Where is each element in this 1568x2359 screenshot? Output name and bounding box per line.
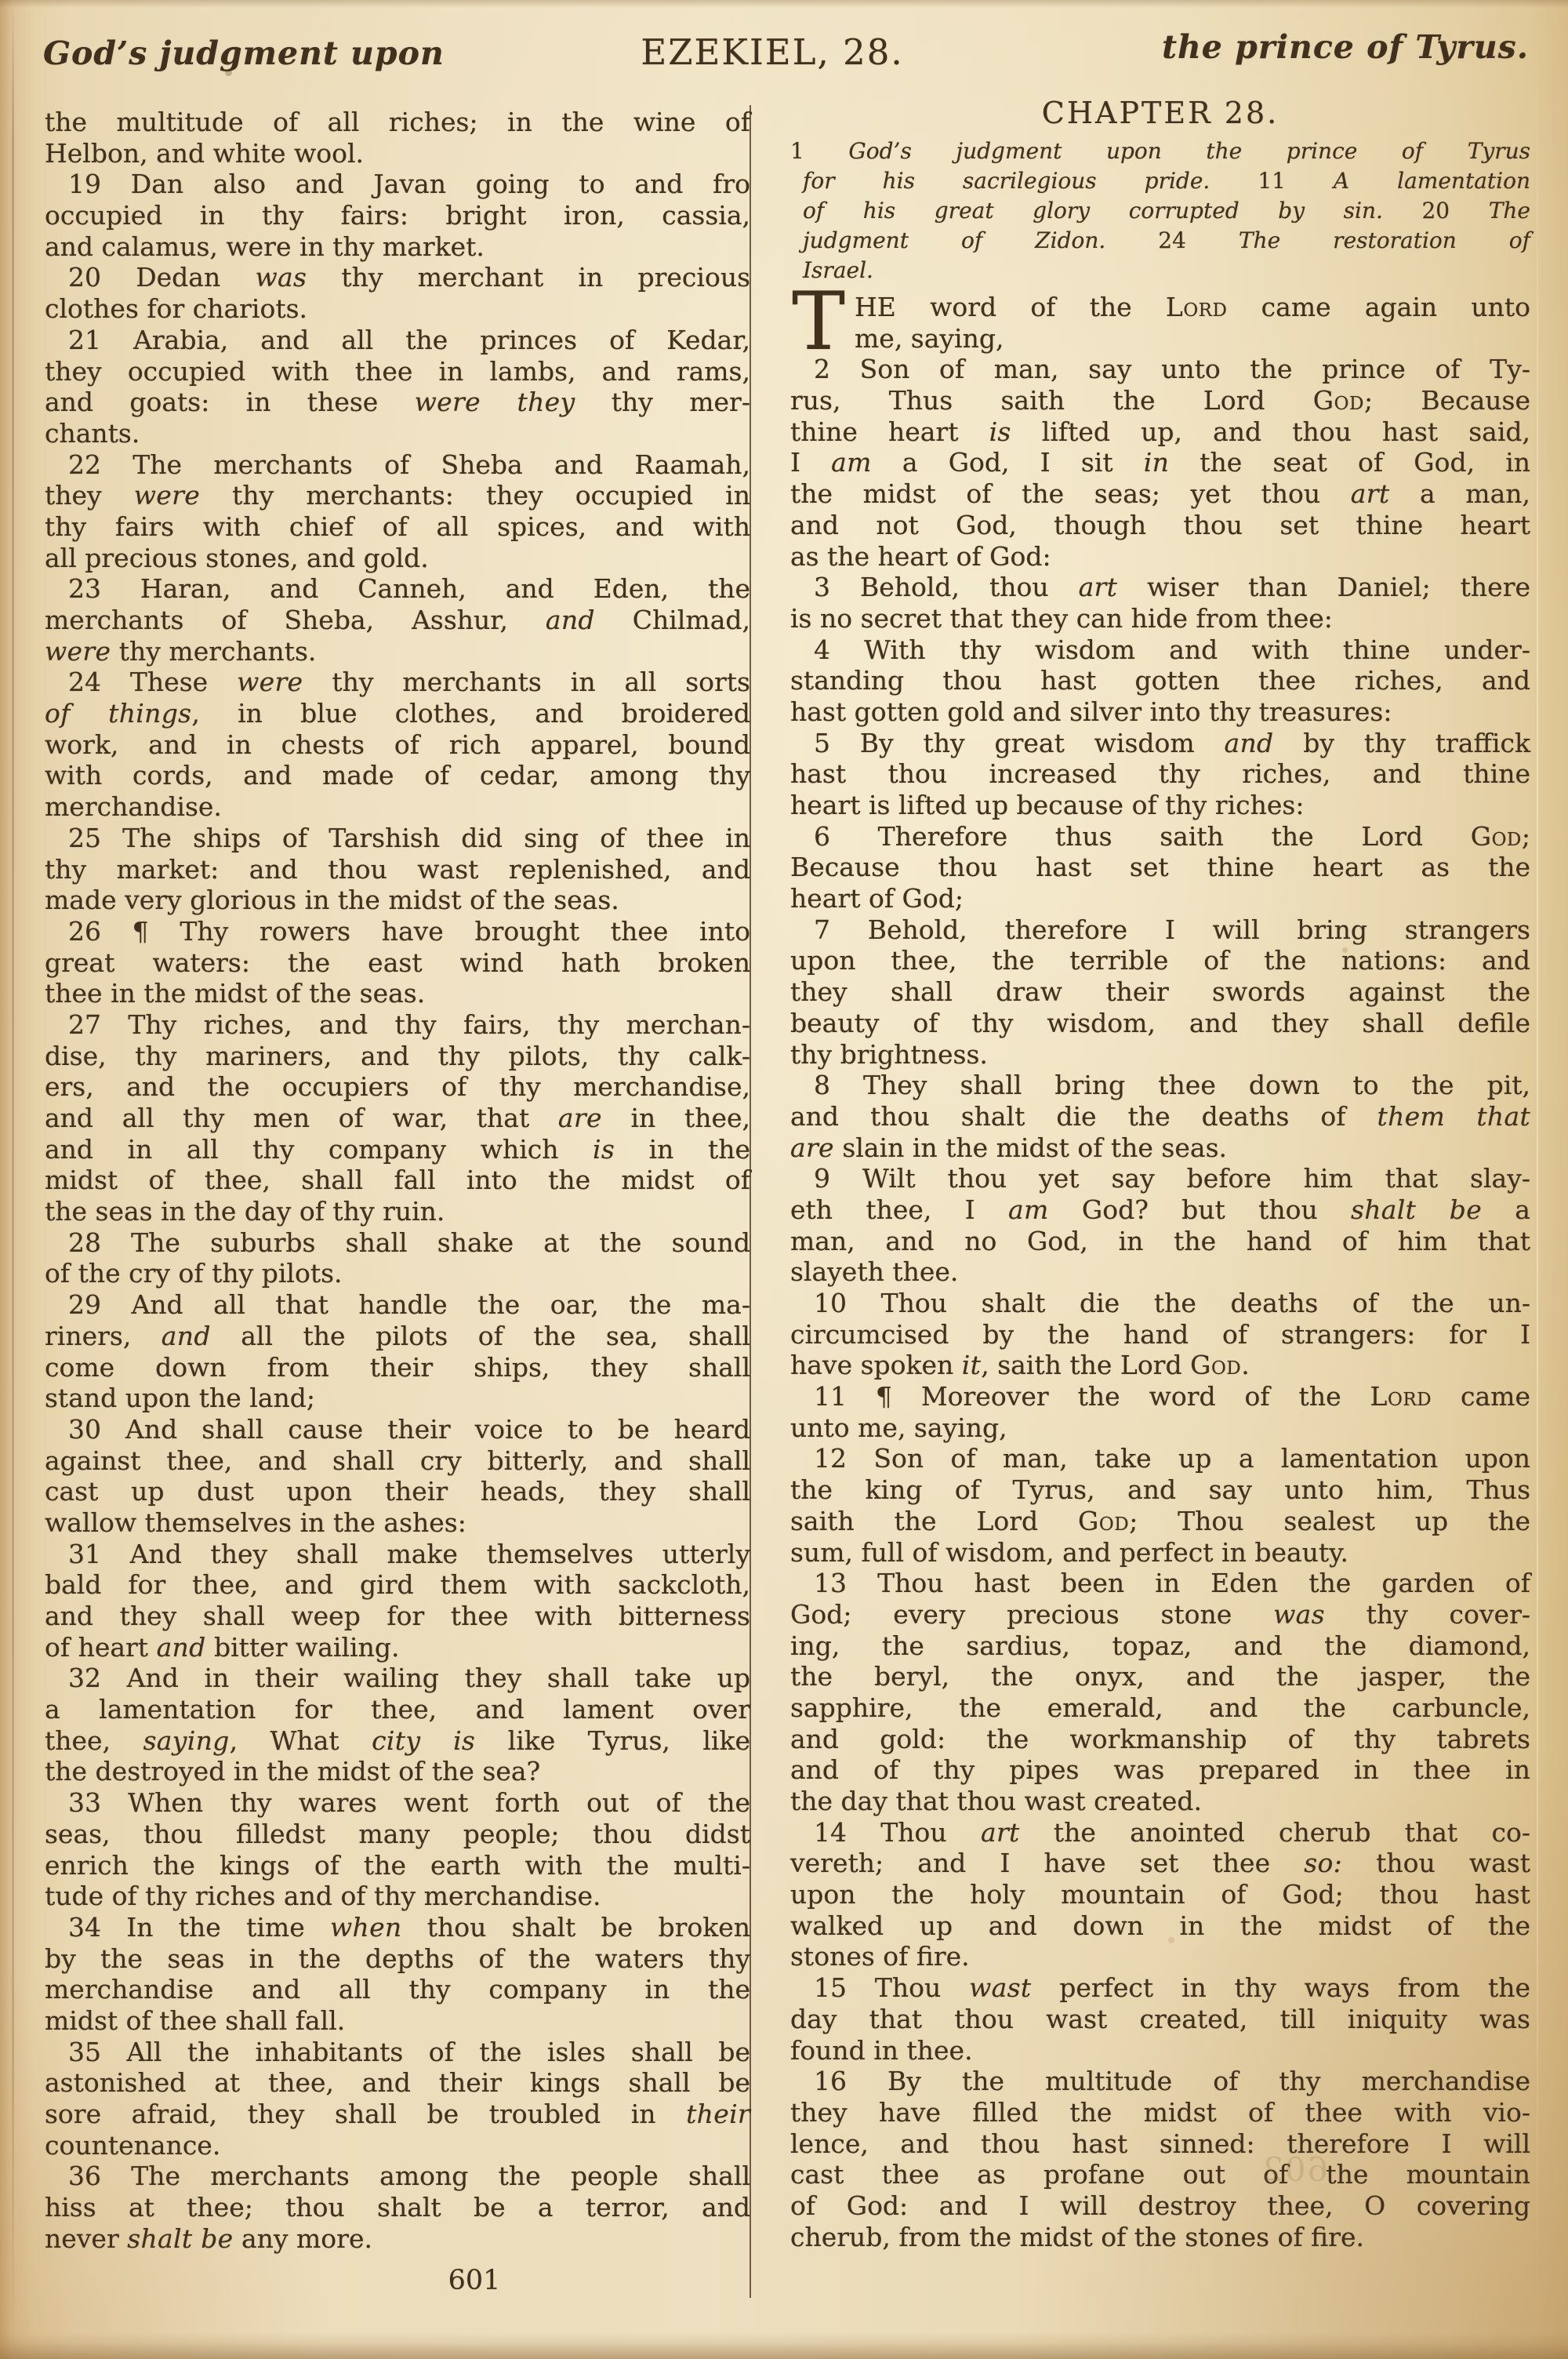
verse-line: midst of thee, shall fall into the midst… — [45, 1165, 750, 1196]
verse-line: slayeth thee. — [790, 1256, 1530, 1288]
summary-line: Israel. — [790, 256, 1530, 285]
summary-line: for his sacrilegious pride. 11 A lamenta… — [790, 166, 1530, 196]
verse-line: the seas in the day of thy ruin. — [45, 1196, 750, 1227]
verse-line: beauty of thy wisdom, and they shall def… — [790, 1008, 1530, 1039]
verse-line: thee, saying, What city is like Tyrus, l… — [45, 1725, 750, 1757]
verse-line: sapphire, the emerald, and the carbuncle… — [790, 1692, 1530, 1724]
page-gutter-crease — [12, 0, 14, 2359]
verse-line: and goats: in these were they thy mer- — [45, 387, 750, 418]
verse-paragraph: 10 Thou shalt die the deaths of the un-c… — [790, 1288, 1530, 1381]
verse-line: the day that thou wast created. — [790, 1786, 1530, 1817]
verse-paragraph: 30 And shall cause their voice to be hea… — [45, 1414, 750, 1539]
verse-paragraph: 11 ¶ Moreover the word of the Lord cameu… — [790, 1381, 1530, 1443]
verse-line: they have filled the midst of thee with … — [790, 2097, 1530, 2128]
verse-line: 15 Thou wast perfect in thy ways from th… — [790, 1972, 1530, 2004]
verse-line: 16 By the multitude of thy merchandise — [790, 2066, 1530, 2097]
verse-line: occupied in thy fairs: bright iron, cass… — [45, 200, 750, 231]
verse-line: and in all thy company which is in the — [45, 1134, 750, 1165]
verse-line: 7 Behold, therefore I will bring strange… — [790, 914, 1530, 946]
verse-line: 10 Thou shalt die the deaths of the un- — [790, 1288, 1530, 1319]
verse-paragraph: 9 Wilt thou yet say before him that slay… — [790, 1163, 1530, 1288]
verse-line: of heart and bitter wailing. — [45, 1632, 750, 1663]
running-head-book-title: EZEKIEL, 28. — [641, 31, 903, 73]
verse-line: and of thy pipes was prepared in thee in — [790, 1754, 1530, 1786]
verse-line: they shall draw their swords against the — [790, 976, 1530, 1008]
verse-line: thine heart is lifted up, and thou hast … — [790, 416, 1530, 448]
verse-paragraph: 28 The suburbs shall shake at the soundo… — [45, 1227, 750, 1289]
verse-line: sum, full of wisdom, and perfect in beau… — [790, 1537, 1530, 1568]
verse-paragraph: 25 The ships of Tarshish did sing of the… — [45, 823, 750, 916]
verse-line: I am a God, I sit in the seat of God, in — [790, 447, 1530, 478]
verse-paragraph-dropcap: THE word of the Lord came again untome, … — [790, 292, 1530, 354]
verse-line: found in thee. — [790, 2035, 1530, 2066]
verse-paragraph: 2 Son of man, say unto the prince of Ty-… — [790, 354, 1530, 572]
verse-paragraph: 3 Behold, thou art wiser than Daniel; th… — [790, 572, 1530, 634]
verse-paragraph: 33 When thy wares went forth out of thes… — [45, 1787, 750, 1912]
verse-paragraph: 21 Arabia, and all the princes of Kedar,… — [45, 325, 750, 449]
verse-paragraph: 29 And all that handle the oar, the ma-r… — [45, 1289, 750, 1414]
verse-line: of things, in blue clothes, and broidere… — [45, 698, 750, 729]
verse-line: hiss at thee; thou shalt be a terror, an… — [45, 2192, 750, 2223]
verse-paragraph: 13 Thou hast been in Eden the garden ofG… — [790, 1568, 1530, 1817]
verse-line: countenance. — [45, 2130, 750, 2161]
verse-line: ing, the sardius, topaz, and the diamond… — [790, 1630, 1530, 1662]
verse-line: upon thee, the terrible of the nations: … — [790, 945, 1530, 976]
verse-line: cast thee as profane out of the mountain — [790, 2159, 1530, 2190]
verse-paragraph: 15 Thou wast perfect in thy ways from th… — [790, 1972, 1530, 2066]
verse-paragraph: 23 Haran, and Canneh, and Eden, themerch… — [45, 573, 750, 667]
verse-line: tude of thy riches and of thy merchandis… — [45, 1881, 750, 1912]
verse-line: day that thou wast created, till iniquit… — [790, 2004, 1530, 2035]
verse-paragraph: 36 The merchants among the people shallh… — [45, 2161, 750, 2254]
drop-cap-initial: T — [792, 292, 845, 353]
verse-line: riners, and all the pilots of the sea, s… — [45, 1321, 750, 1352]
page-bottom-edge-shadow — [0, 2332, 1568, 2359]
verse-line: thy brightness. — [790, 1039, 1530, 1070]
verse-paragraph: 6 Therefore thus saith the Lord God;Beca… — [790, 821, 1530, 914]
verse-line: 29 And all that handle the oar, the ma- — [45, 1289, 750, 1321]
verse-line: is no secret that they can hide from the… — [790, 603, 1530, 634]
verse-line: 12 Son of man, take up a lamentation upo… — [790, 1443, 1530, 1474]
verse-line: great waters: the east wind hath broken — [45, 947, 750, 979]
verse-line: by the seas in the depths of the waters … — [45, 1943, 750, 1975]
verse-line: 6 Therefore thus saith the Lord God; — [790, 821, 1530, 852]
verse-line: 5 By thy great wisdom and by thy traffic… — [790, 728, 1530, 759]
verse-line: the beryl, the onyx, and the jasper, the — [790, 1661, 1530, 1692]
running-head-right: the prince of Tyrus. — [1162, 28, 1529, 66]
verse-paragraph: 24 These were thy merchants in all sorts… — [45, 667, 750, 822]
verse-line: walked up and down in the midst of the — [790, 1910, 1530, 1942]
verse-line: thee in the midst of the seas. — [45, 978, 750, 1009]
verse-line: cherub, from the midst of the stones of … — [790, 2222, 1530, 2253]
verse-line: upon the holy mountain of God; thou hast — [790, 1879, 1530, 1910]
verse-line: come down from their ships, they shall — [45, 1352, 750, 1383]
verse-line: all precious stones, and gold. — [45, 543, 750, 574]
chapter-heading: CHAPTER 28. — [790, 93, 1530, 136]
verse-line: the midst of the seas; yet thou art a ma… — [790, 478, 1530, 510]
verse-line: sore afraid, they shall be troubled in t… — [45, 2099, 750, 2130]
verse-line: stones of fire. — [790, 1941, 1530, 1972]
verse-line: made very glorious in the midst of the s… — [45, 885, 750, 916]
verse-line: 31 And they shall make themselves utterl… — [45, 1539, 750, 1570]
verse-paragraph: 8 They shall bring thee down to the pit,… — [790, 1070, 1530, 1163]
verse-line: wallow themselves in the ashes: — [45, 1507, 750, 1539]
summary-line: judgment of Zidon. 24 The restoration of — [790, 226, 1530, 256]
summary-line: of his great glory corrupted by sin. 20 … — [790, 196, 1530, 226]
verse-line: 30 And shall cause their voice to be hea… — [45, 1414, 750, 1445]
chapter-summary: 1 God’s judgment upon the prince of Tyru… — [790, 136, 1530, 285]
verse-line: eth thee, I am God? but thou shalt be a — [790, 1194, 1530, 1226]
right-text-column: CHAPTER 28. 1 God’s judgment upon the pr… — [790, 93, 1530, 2252]
verse-line: hast thou increased thy riches, and thin… — [790, 758, 1530, 790]
verse-line: of God: and I will destroy thee, O cover… — [790, 2190, 1530, 2222]
verse-line: 9 Wilt thou yet say before him that slay… — [790, 1163, 1530, 1194]
verse-line: they occupied with thee in lambs, and ra… — [45, 356, 750, 387]
verse-line: of the cry of thy pilots. — [45, 1258, 750, 1289]
verse-paragraph: 7 Behold, therefore I will bring strange… — [790, 914, 1530, 1070]
verse-line: heart is lifted up because of thy riches… — [790, 790, 1530, 821]
verse-line: 36 The merchants among the people shall — [45, 2161, 750, 2192]
verse-line: standing thou hast gotten thee riches, a… — [790, 665, 1530, 696]
verse-line: the king of Tyrus, and say unto him, Thu… — [790, 1474, 1530, 1506]
verse-line: Because thou hast set thine heart as the — [790, 852, 1530, 883]
verse-line: thy market: and thou wast replenished, a… — [45, 854, 750, 885]
page-top-edge-shadow — [0, 0, 1568, 8]
verse-paragraph: the multitude of all riches; in the wine… — [45, 107, 750, 169]
verse-line: dise, thy mariners, and thy pilots, thy … — [45, 1041, 750, 1072]
verse-paragraph: 27 Thy riches, and thy fairs, thy mercha… — [45, 1009, 750, 1227]
verse-line: rus, Thus saith the Lord God; Because — [790, 385, 1530, 416]
verse-line: 22 The merchants of Sheba and Raamah, — [45, 449, 750, 481]
verse-paragraph: 22 The merchants of Sheba and Raamah,the… — [45, 449, 750, 574]
verse-line: circumcised by the hand of strangers: fo… — [790, 1319, 1530, 1350]
verse-paragraph: 35 All the inhabitants of the isles shal… — [45, 2037, 750, 2161]
verse-line: the multitude of all riches; in the wine… — [45, 107, 750, 138]
verse-line: work, and in chests of rich apparel, bou… — [45, 729, 750, 761]
verse-line: 34 In the time when thou shalt be broken — [45, 1912, 750, 1943]
verse-line: and thou shalt die the deaths of them th… — [790, 1101, 1530, 1132]
verse-line: and all thy men of war, that are in thee… — [45, 1103, 750, 1134]
verse-line: 32 And in their wailing they shall take … — [45, 1663, 750, 1694]
verse-line: stand upon the land; — [45, 1383, 750, 1414]
verse-line: lence, and thou hast sinned: therefore I… — [790, 2128, 1530, 2160]
verse-line: Helbon, and white wool. — [45, 138, 750, 169]
verse-line: are slain in the midst of the seas. — [790, 1132, 1530, 1164]
bible-page-photo: { "header": { "left": "God\u2019s judgme… — [0, 0, 1568, 2359]
verse-line: the destroyed in the midst of the sea? — [45, 1756, 750, 1787]
verse-line: thy fairs with chief of all spices, and … — [45, 511, 750, 543]
verse-line: and not God, though thou set thine heart — [790, 510, 1530, 541]
verse-line: bald for thee, and gird them with sackcl… — [45, 1569, 750, 1601]
verse-line: clothes for chariots. — [45, 293, 750, 325]
verse-line: saith the Lord God; Thou sealest up the — [790, 1506, 1530, 1537]
verse-paragraph: 19 Dan also and Javan going to and frooc… — [45, 169, 750, 262]
verse-paragraph: 5 By thy great wisdom and by thy traffic… — [790, 728, 1530, 821]
verse-line: and calamus, were in thy market. — [45, 231, 750, 263]
running-head-left: God’s judgment upon — [43, 35, 445, 72]
verse-line: 14 Thou art the anointed cherub that co- — [790, 1817, 1530, 1848]
verse-line: 8 They shall bring thee down to the pit, — [790, 1070, 1530, 1101]
verse-paragraph: 20 Dedan was thy merchant in preciousclo… — [45, 262, 750, 324]
verse-line: never shalt be any more. — [45, 2223, 750, 2255]
verse-line: merchandise and all thy company in the — [45, 1974, 750, 2005]
verse-line: man, and no God, in the hand of him that — [790, 1226, 1530, 1257]
verse-paragraph: 12 Son of man, take up a lamentation upo… — [790, 1443, 1530, 1568]
page-number: 601 — [357, 2265, 592, 2296]
verse-line: 25 The ships of Tarshish did sing of the… — [45, 823, 750, 854]
verse-paragraph: 32 And in their wailing they shall take … — [45, 1663, 750, 1787]
verse-line: 35 All the inhabitants of the isles shal… — [45, 2037, 750, 2068]
verse-line: ers, and the occupiers of thy merchandis… — [45, 1071, 750, 1103]
verse-line: and they shall weep for thee with bitter… — [45, 1601, 750, 1632]
verse-line: and gold: the workmanship of thy tabrets — [790, 1724, 1530, 1755]
verse-line: against thee, and shall cry bitterly, an… — [45, 1445, 750, 1477]
verse-paragraph: 26 ¶ Thy rowers have brought thee intogr… — [45, 916, 750, 1009]
verse-line: 28 The suburbs shall shake at the sound — [45, 1227, 750, 1259]
verse-line: hast gotten gold and silver into thy tre… — [790, 696, 1530, 728]
verse-line: 20 Dedan was thy merchant in precious — [45, 262, 750, 293]
verse-line: 27 Thy riches, and thy fairs, thy mercha… — [45, 1009, 750, 1041]
verse-line: heart of God; — [790, 883, 1530, 914]
verse-line: cast up dust upon their heads, they shal… — [45, 1476, 750, 1507]
verse-line: God; every precious stone was thy cover- — [790, 1599, 1530, 1630]
verse-line: a lamentation for thee, and lament over — [45, 1694, 750, 1725]
verse-line: with cords, and made of cedar, among thy — [45, 760, 750, 791]
verse-line: 2 Son of man, say unto the prince of Ty- — [790, 354, 1530, 385]
verse-line: as the heart of God: — [790, 541, 1530, 572]
verse-line: were thy merchants. — [45, 636, 750, 667]
right-column-verses: 2 Son of man, say unto the prince of Ty-… — [790, 354, 1530, 2252]
verse-paragraph: 4 With thy wisdom and with thine under-s… — [790, 634, 1530, 728]
verse-line: 4 With thy wisdom and with thine under- — [790, 634, 1530, 666]
verse-line: have spoken it, saith the Lord God. — [790, 1350, 1530, 1381]
verse-line: merchandise. — [45, 791, 750, 823]
verse-line: 19 Dan also and Javan going to and fro — [45, 169, 750, 200]
verse-line: me, saying, — [790, 323, 1530, 354]
verse-line: 33 When thy wares went forth out of the — [45, 1787, 750, 1819]
verse-paragraph: 14 Thou art the anointed cherub that co-… — [790, 1817, 1530, 1972]
verse-line: they were thy merchants: they occupied i… — [45, 480, 750, 511]
summary-line: 1 God’s judgment upon the prince of Tyru… — [790, 136, 1530, 166]
verse-line: midst of thee shall fall. — [45, 2005, 750, 2037]
verse-line: 11 ¶ Moreover the word of the Lord came — [790, 1381, 1530, 1412]
verse-line: HE word of the Lord came again unto — [790, 292, 1530, 323]
verse-paragraph: 34 In the time when thou shalt be broken… — [45, 1912, 750, 2037]
showthrough-page-number: 602 — [1261, 2150, 1328, 2189]
verse-line: 3 Behold, thou art wiser than Daniel; th… — [790, 572, 1530, 603]
verse-line: unto me, saying, — [790, 1412, 1530, 1444]
left-text-column: the multitude of all riches; in the wine… — [45, 107, 750, 2254]
verse-paragraph: 16 By the multitude of thy merchandiseth… — [790, 2066, 1530, 2252]
verse-line: 23 Haran, and Canneh, and Eden, the — [45, 573, 750, 605]
verse-line: enrich the kings of the earth with the m… — [45, 1850, 750, 1881]
verse-line: seas, thou filledst many people; thou di… — [45, 1819, 750, 1850]
page-right-fold-highlight — [1537, 0, 1538, 2359]
verse-line: merchants of Sheba, Asshur, and Chilmad, — [45, 605, 750, 636]
verse-line: 13 Thou hast been in Eden the garden of — [790, 1568, 1530, 1599]
verse-line: 24 These were thy merchants in all sorts — [45, 667, 750, 698]
verse-line: vereth; and I have set thee so: thou was… — [790, 1848, 1530, 1879]
verse-line: astonished at thee, and their kings shal… — [45, 2067, 750, 2099]
verse-line: 26 ¶ Thy rowers have brought thee into — [45, 916, 750, 947]
verse-paragraph: 31 And they shall make themselves utterl… — [45, 1539, 750, 1663]
verse-line: 21 Arabia, and all the princes of Kedar, — [45, 325, 750, 356]
verse-line: chants. — [45, 418, 750, 449]
